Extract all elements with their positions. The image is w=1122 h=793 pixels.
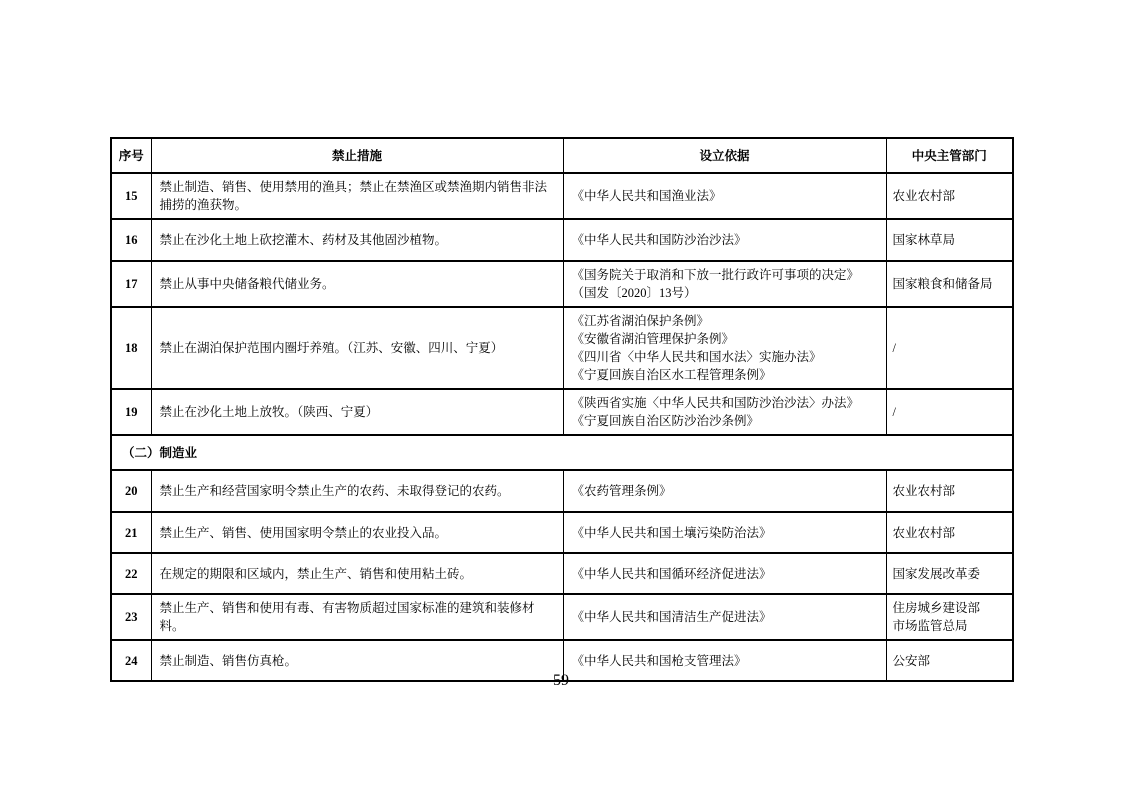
row-serial-no: 21: [111, 512, 151, 553]
table-row: 17 禁止从事中央储备粮代储业务。 《国务院关于取消和下放一批行政许可事项的决定…: [111, 261, 1013, 307]
row-basis: 《中华人民共和国土壤污染防治法》: [563, 512, 886, 553]
row-measure: 禁止生产和经营国家明令禁止生产的农药、未取得登记的农药。: [151, 470, 563, 512]
document-page: 序号 禁止措施 设立依据 中央主管部门 15 禁止制造、销售、使用禁用的渔具；禁…: [0, 0, 1122, 793]
table-header-row: 序号 禁止措施 设立依据 中央主管部门: [111, 138, 1013, 173]
table-row: 23 禁止生产、销售和使用有毒、有害物质超过国家标准的建筑和装修材料。 《中华人…: [111, 594, 1013, 640]
row-basis: 《江苏省湖泊保护条例》 《安徽省湖泊管理保护条例》 《四川省〈中华人民共和国水法…: [563, 307, 886, 389]
row-department: 国家粮食和储备局: [886, 261, 1013, 307]
row-basis: 《中华人民共和国循环经济促进法》: [563, 553, 886, 594]
table-row: 22 在规定的期限和区域内，禁止生产、销售和使用粘土砖。 《中华人民共和国循环经…: [111, 553, 1013, 594]
row-basis: 《中华人民共和国渔业法》: [563, 173, 886, 219]
row-serial-no: 15: [111, 173, 151, 219]
row-serial-no: 18: [111, 307, 151, 389]
table-row: 20 禁止生产和经营国家明令禁止生产的农药、未取得登记的农药。 《农药管理条例》…: [111, 470, 1013, 512]
section-title: （二）制造业: [111, 435, 1013, 470]
row-serial-no: 19: [111, 389, 151, 435]
col-header-legal-basis: 设立依据: [563, 138, 886, 173]
table-row: 16 禁止在沙化土地上砍挖灌木、药材及其他固沙植物。 《中华人民共和国防沙治沙法…: [111, 219, 1013, 261]
row-department: 国家发展改革委: [886, 553, 1013, 594]
section-header-row: （二）制造业: [111, 435, 1013, 470]
row-measure: 禁止在湖泊保护范围内圈圩养殖。（江苏、安徽、四川、宁夏）: [151, 307, 563, 389]
row-basis: 《国务院关于取消和下放一批行政许可事项的决定》（国发〔2020〕13号）: [563, 261, 886, 307]
row-department: 住房城乡建设部 市场监管总局: [886, 594, 1013, 640]
row-department: /: [886, 389, 1013, 435]
row-measure: 禁止制造、销售、使用禁用的渔具；禁止在禁渔区或禁渔期内销售非法捕捞的渔获物。: [151, 173, 563, 219]
row-measure: 禁止在沙化土地上砍挖灌木、药材及其他固沙植物。: [151, 219, 563, 261]
row-measure: 禁止生产、销售和使用有毒、有害物质超过国家标准的建筑和装修材料。: [151, 594, 563, 640]
col-header-prohibited-measure: 禁止措施: [151, 138, 563, 173]
row-basis: 《中华人民共和国防沙治沙法》: [563, 219, 886, 261]
row-department: 农业农村部: [886, 470, 1013, 512]
table-row: 19 禁止在沙化土地上放牧。（陕西、宁夏） 《陕西省实施〈中华人民共和国防沙治沙…: [111, 389, 1013, 435]
col-header-serial-no: 序号: [111, 138, 151, 173]
row-department: 国家林草局: [886, 219, 1013, 261]
row-basis: 《中华人民共和国清洁生产促进法》: [563, 594, 886, 640]
row-serial-no: 17: [111, 261, 151, 307]
row-serial-no: 23: [111, 594, 151, 640]
row-basis: 《陕西省实施〈中华人民共和国防沙治沙法〉办法》 《宁夏回族自治区防沙治沙条例》: [563, 389, 886, 435]
page-number: 59: [0, 672, 1122, 690]
table-row: 18 禁止在湖泊保护范围内圈圩养殖。（江苏、安徽、四川、宁夏） 《江苏省湖泊保护…: [111, 307, 1013, 389]
row-serial-no: 16: [111, 219, 151, 261]
row-department: 农业农村部: [886, 173, 1013, 219]
row-measure: 禁止在沙化土地上放牧。（陕西、宁夏）: [151, 389, 563, 435]
row-measure: 禁止生产、销售、使用国家明令禁止的农业投入品。: [151, 512, 563, 553]
prohibition-measures-table: 序号 禁止措施 设立依据 中央主管部门 15 禁止制造、销售、使用禁用的渔具；禁…: [110, 137, 1014, 682]
table-row: 21 禁止生产、销售、使用国家明令禁止的农业投入品。 《中华人民共和国土壤污染防…: [111, 512, 1013, 553]
row-department: /: [886, 307, 1013, 389]
row-department: 农业农村部: [886, 512, 1013, 553]
row-serial-no: 20: [111, 470, 151, 512]
row-measure: 禁止从事中央储备粮代储业务。: [151, 261, 563, 307]
table-row: 15 禁止制造、销售、使用禁用的渔具；禁止在禁渔区或禁渔期内销售非法捕捞的渔获物…: [111, 173, 1013, 219]
row-basis: 《农药管理条例》: [563, 470, 886, 512]
col-header-central-department: 中央主管部门: [886, 138, 1013, 173]
row-serial-no: 22: [111, 553, 151, 594]
row-measure: 在规定的期限和区域内，禁止生产、销售和使用粘土砖。: [151, 553, 563, 594]
